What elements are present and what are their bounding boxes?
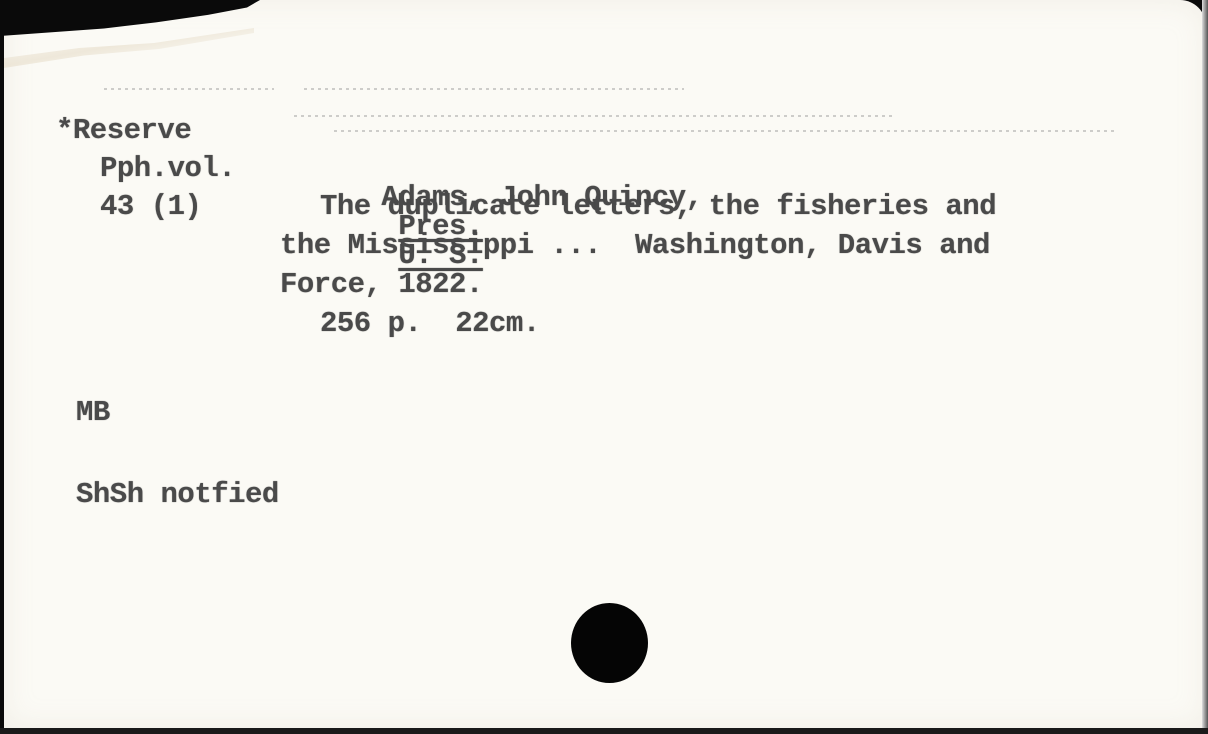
bleed-through-marks <box>104 88 274 90</box>
location-note: *Reserve <box>56 116 191 145</box>
holding-symbol: MB <box>76 398 110 427</box>
title-line-2: the Mississippi ... Washington, Davis an… <box>280 231 990 260</box>
card-bottom-edge <box>0 728 1208 734</box>
shelf-note: ShSh notfied <box>76 480 279 509</box>
bleed-through-marks <box>294 115 894 117</box>
title-line-3: Force, 1822. <box>280 270 483 299</box>
collation: 256 p. 22cm. <box>320 309 540 338</box>
card-punch-hole <box>571 603 648 683</box>
card-right-edge <box>1202 0 1208 734</box>
bleed-through-marks <box>334 130 1114 132</box>
call-number-line-2: 43 (1) <box>100 192 201 221</box>
scanned-card-image: *Reserve Pph.vol. 43 (1) Adams, John Qui… <box>0 0 1208 734</box>
title-line-1: The duplicate letters, the fisheries and <box>320 192 996 221</box>
bleed-through-marks <box>304 88 684 90</box>
call-number-line-1: Pph.vol. <box>100 154 235 183</box>
